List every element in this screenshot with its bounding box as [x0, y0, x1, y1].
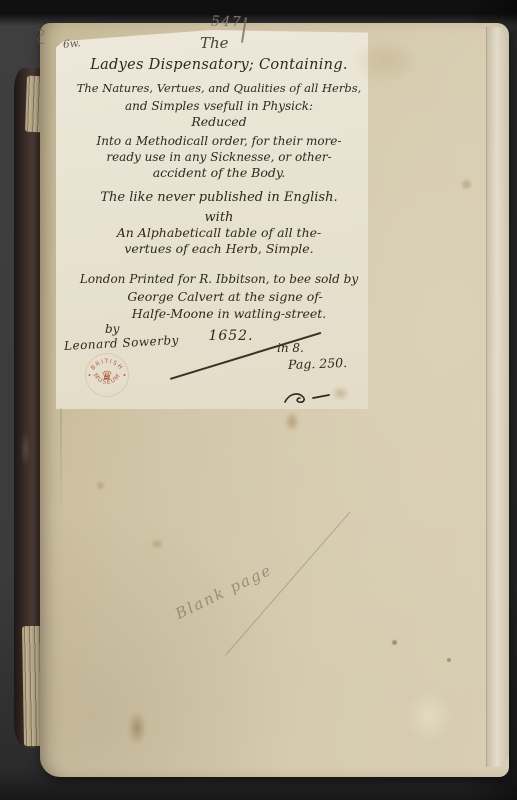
pencil-edge-scribble: [33, 26, 53, 52]
british-museum-stamp: BRITISH MUSEUM ♛: [84, 352, 130, 398]
title-line: accident of the Body.: [56, 167, 368, 180]
spine-wear-mark: [18, 424, 33, 474]
title-line: An Alphabeticall table of all the-: [56, 227, 368, 240]
mounting-guard-crease: [60, 408, 62, 520]
page-fore-edge-curl: [486, 27, 509, 767]
title-line: ready use in any Sicknesse, or other-: [56, 151, 368, 163]
title-line: with: [56, 211, 368, 224]
byline-word: by: [105, 323, 119, 335]
title-line: vertues of each Herb, Simple.: [56, 243, 368, 256]
pagination-note: Pag. 250.: [288, 357, 347, 372]
title-line: Into a Methodicall order, for their more…: [56, 135, 368, 147]
title-line: and Simples vsefull in Physick:: [56, 100, 368, 112]
corner-shelfmark: 6w.: [62, 38, 81, 50]
title-line: Ladyes Dispensatory; Containing.: [56, 58, 368, 73]
imprint-line: George Calvert at the signe of-: [56, 291, 368, 304]
imprint-line: London Printed for R. Ibbitson, to bee s…: [56, 273, 368, 285]
folio-number-pencil: 547: [211, 14, 243, 29]
title-line: The like never published in English.: [56, 191, 368, 204]
title-line: Reduced: [56, 116, 368, 129]
title-word-the: The: [200, 36, 229, 51]
imprint-line: Halfe-Moone in watling-street.: [56, 308, 368, 321]
book-photo-stage: Ladyes Dispensatory; Containing. The Nat…: [0, 0, 517, 800]
crown-icon: ♛: [101, 369, 113, 384]
title-line: The Natures, Vertues, and Qualities of a…: [56, 83, 368, 95]
ink-flourish: [283, 390, 335, 408]
